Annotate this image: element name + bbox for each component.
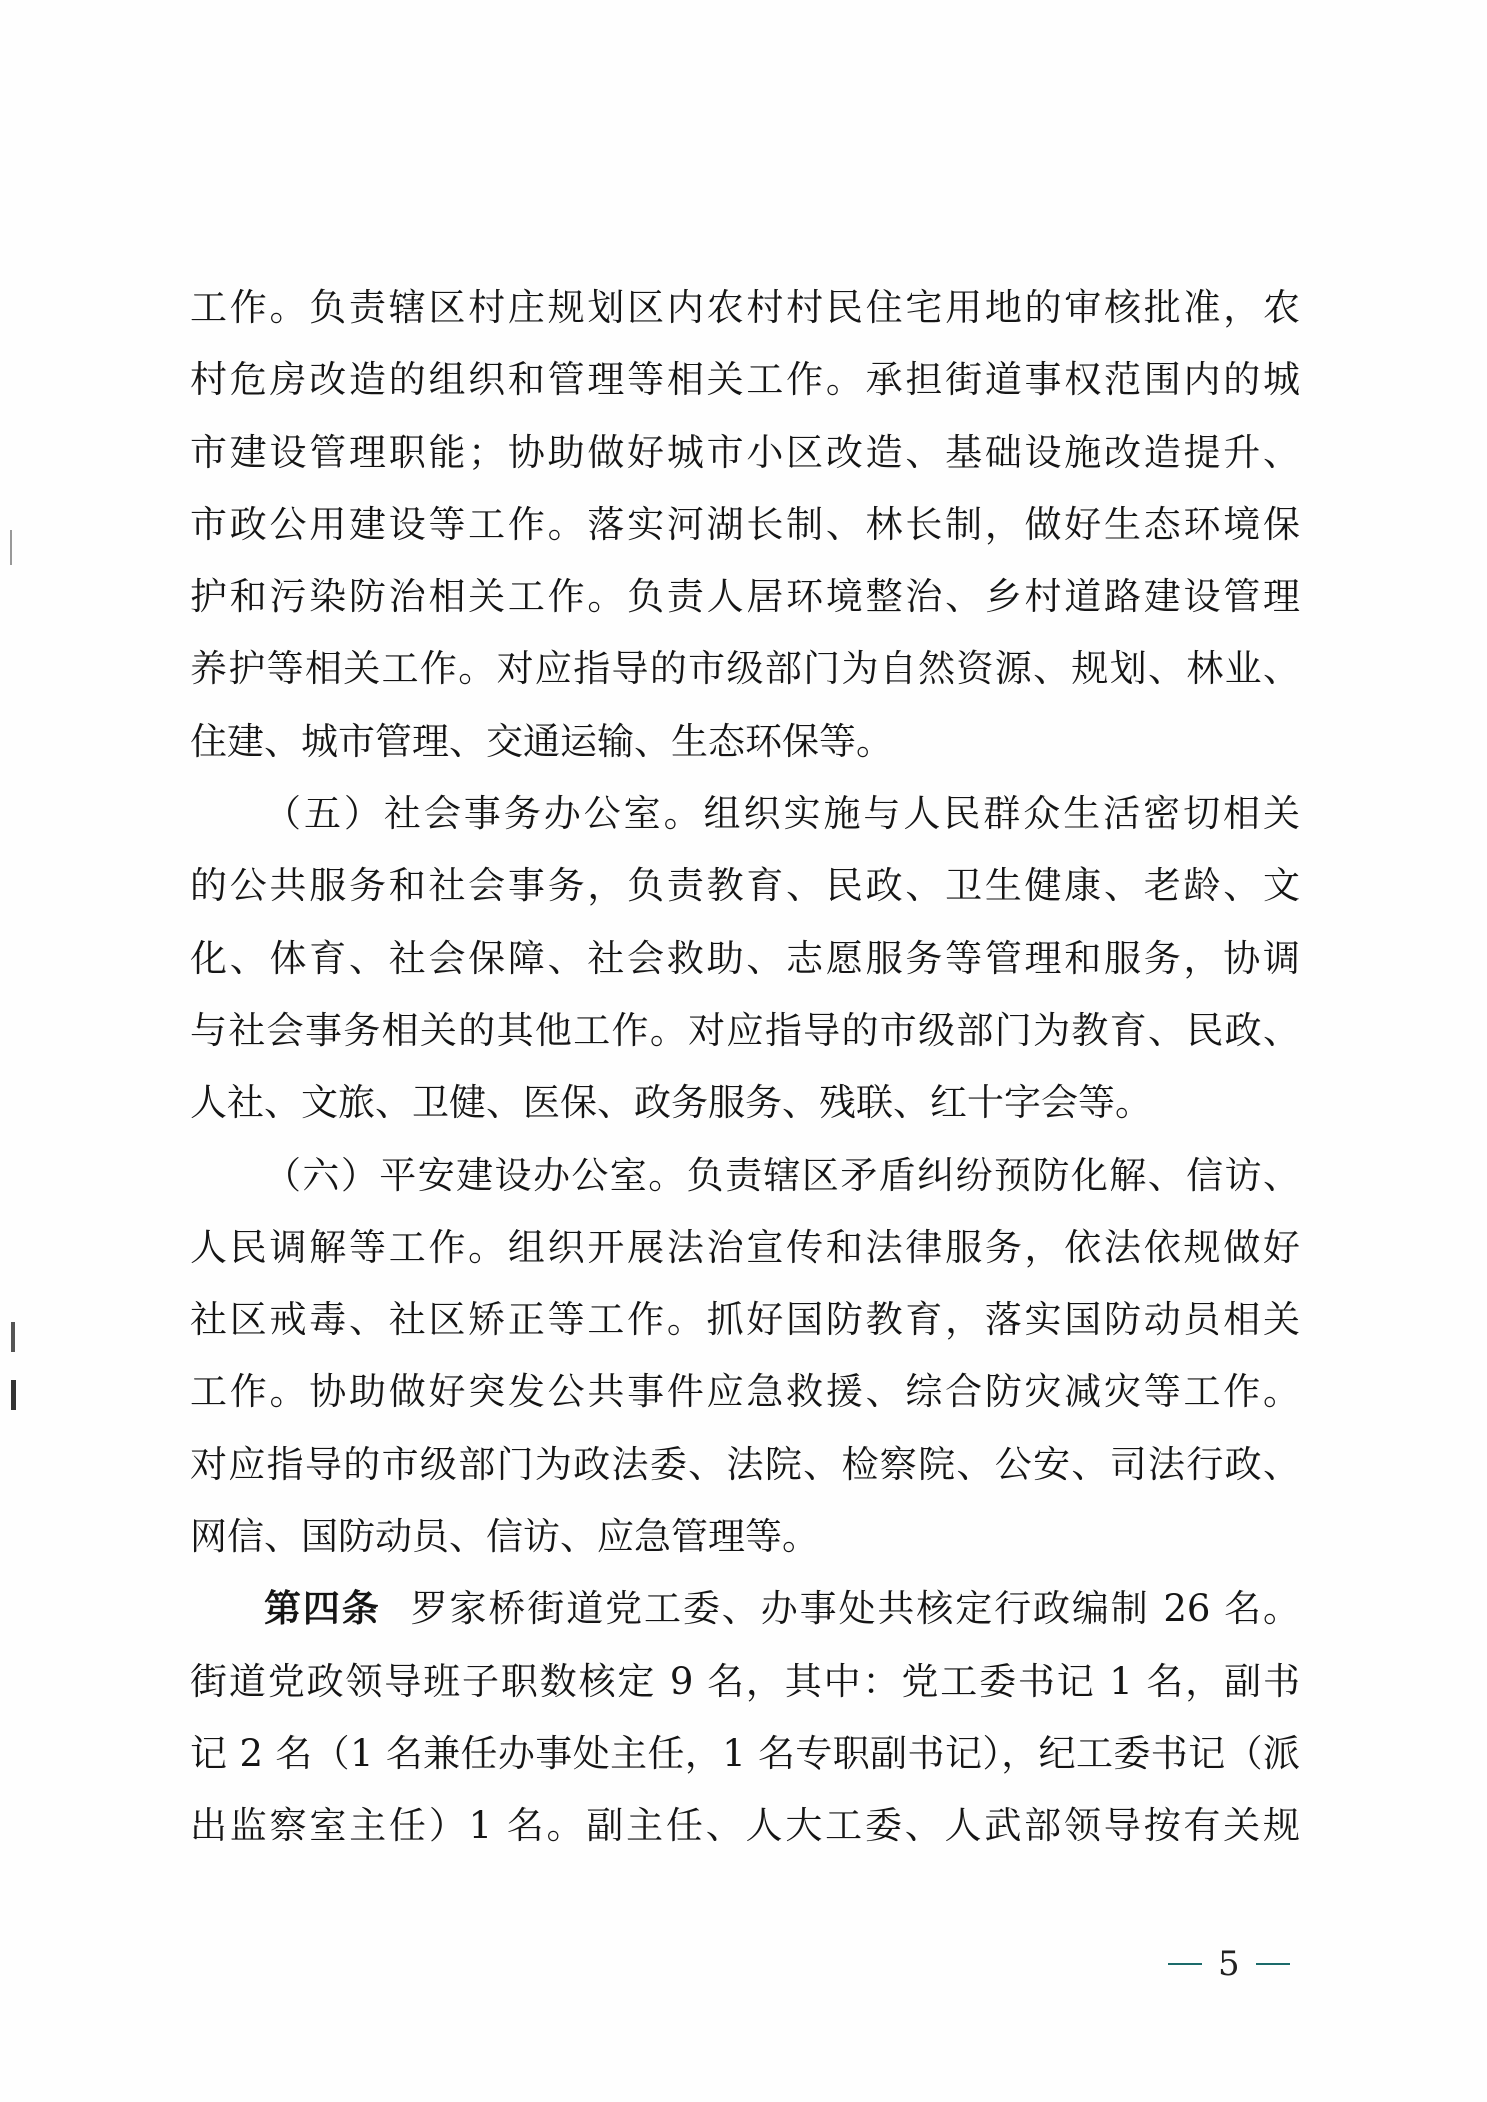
text-line: 人社、文旅、卫健、医保、政务服务、残联、红十字会等。	[190, 1067, 1300, 1139]
text-line: 养护等相关工作。对应指导的市级部门为自然资源、规划、林业、	[190, 633, 1300, 705]
text-line: 的公共服务和社会事务，负责教育、民政、卫生健康、老龄、文	[190, 850, 1300, 922]
text-line: 人民调解等工作。组织开展法治宣传和法律服务，依法依规做好	[190, 1212, 1300, 1284]
text-line: 出监察室主任）1 名。副主任、人大工委、人武部领导按有关规	[190, 1790, 1300, 1862]
text-line: 街道党政领导班子职数核定 9 名，其中：党工委书记 1 名，副书	[190, 1646, 1300, 1718]
text-line: 护和污染防治相关工作。负责人居环境整治、乡村道路建设管理	[190, 561, 1300, 633]
page-number: 5	[1218, 1944, 1240, 1984]
dash-right	[1256, 1963, 1290, 1965]
text-line: 与社会事务相关的其他工作。对应指导的市级部门为教育、民政、	[190, 995, 1300, 1067]
document-body: 工作。负责辖区村庄规划区内农村村民住宅用地的审核批准，农 村危房改造的组织和管理…	[190, 272, 1300, 1863]
text-line: 化、体育、社会保障、社会救助、志愿服务等管理和服务，协调	[190, 923, 1300, 995]
text-line: 工作。负责辖区村庄规划区内农村村民住宅用地的审核批准，农	[190, 272, 1300, 344]
text-line: 对应指导的市级部门为政法委、法院、检察院、公安、司法行政、	[190, 1429, 1300, 1501]
article-four-heading: 第四条	[264, 1587, 381, 1630]
document-page: 工作。负责辖区村庄规划区内农村村民住宅用地的审核批准，农 村危房改造的组织和管理…	[0, 0, 1487, 2102]
article-four-text: 罗家桥街道党工委、办事处共核定行政编制 26 名。	[409, 1587, 1300, 1630]
section-six-heading-line: （六）平安建设办公室。负责辖区矛盾纠纷预防化解、信访、	[190, 1140, 1300, 1212]
text-line: 市建设管理职能；协助做好城市小区改造、基础设施改造提升、	[190, 417, 1300, 489]
text-line: 社区戒毒、社区矫正等工作。抓好国防教育，落实国防动员相关	[190, 1284, 1300, 1356]
scan-mark	[10, 530, 12, 565]
dash-left	[1168, 1963, 1202, 1965]
text-line: 网信、国防动员、信访、应急管理等。	[190, 1501, 1300, 1573]
text-line: 住建、城市管理、交通运输、生态环保等。	[190, 706, 1300, 778]
page-footer: 5	[1168, 1944, 1290, 1984]
section-five-heading-line: （五）社会事务办公室。组织实施与人民群众生活密切相关	[190, 778, 1300, 850]
text-line: 村危房改造的组织和管理等相关工作。承担街道事权范围内的城	[190, 344, 1300, 416]
text-line: 记 2 名（1 名兼任办事处主任，1 名专职副书记），纪工委书记（派	[190, 1718, 1300, 1790]
scan-mark	[11, 1380, 16, 1410]
article-four-first-line: 第四条罗家桥街道党工委、办事处共核定行政编制 26 名。	[190, 1573, 1300, 1645]
text-line: 工作。协助做好突发公共事件应急救援、综合防灾减灾等工作。	[190, 1356, 1300, 1428]
scan-mark	[11, 1322, 15, 1352]
text-line: 市政公用建设等工作。落实河湖长制、林长制，做好生态环境保	[190, 489, 1300, 561]
